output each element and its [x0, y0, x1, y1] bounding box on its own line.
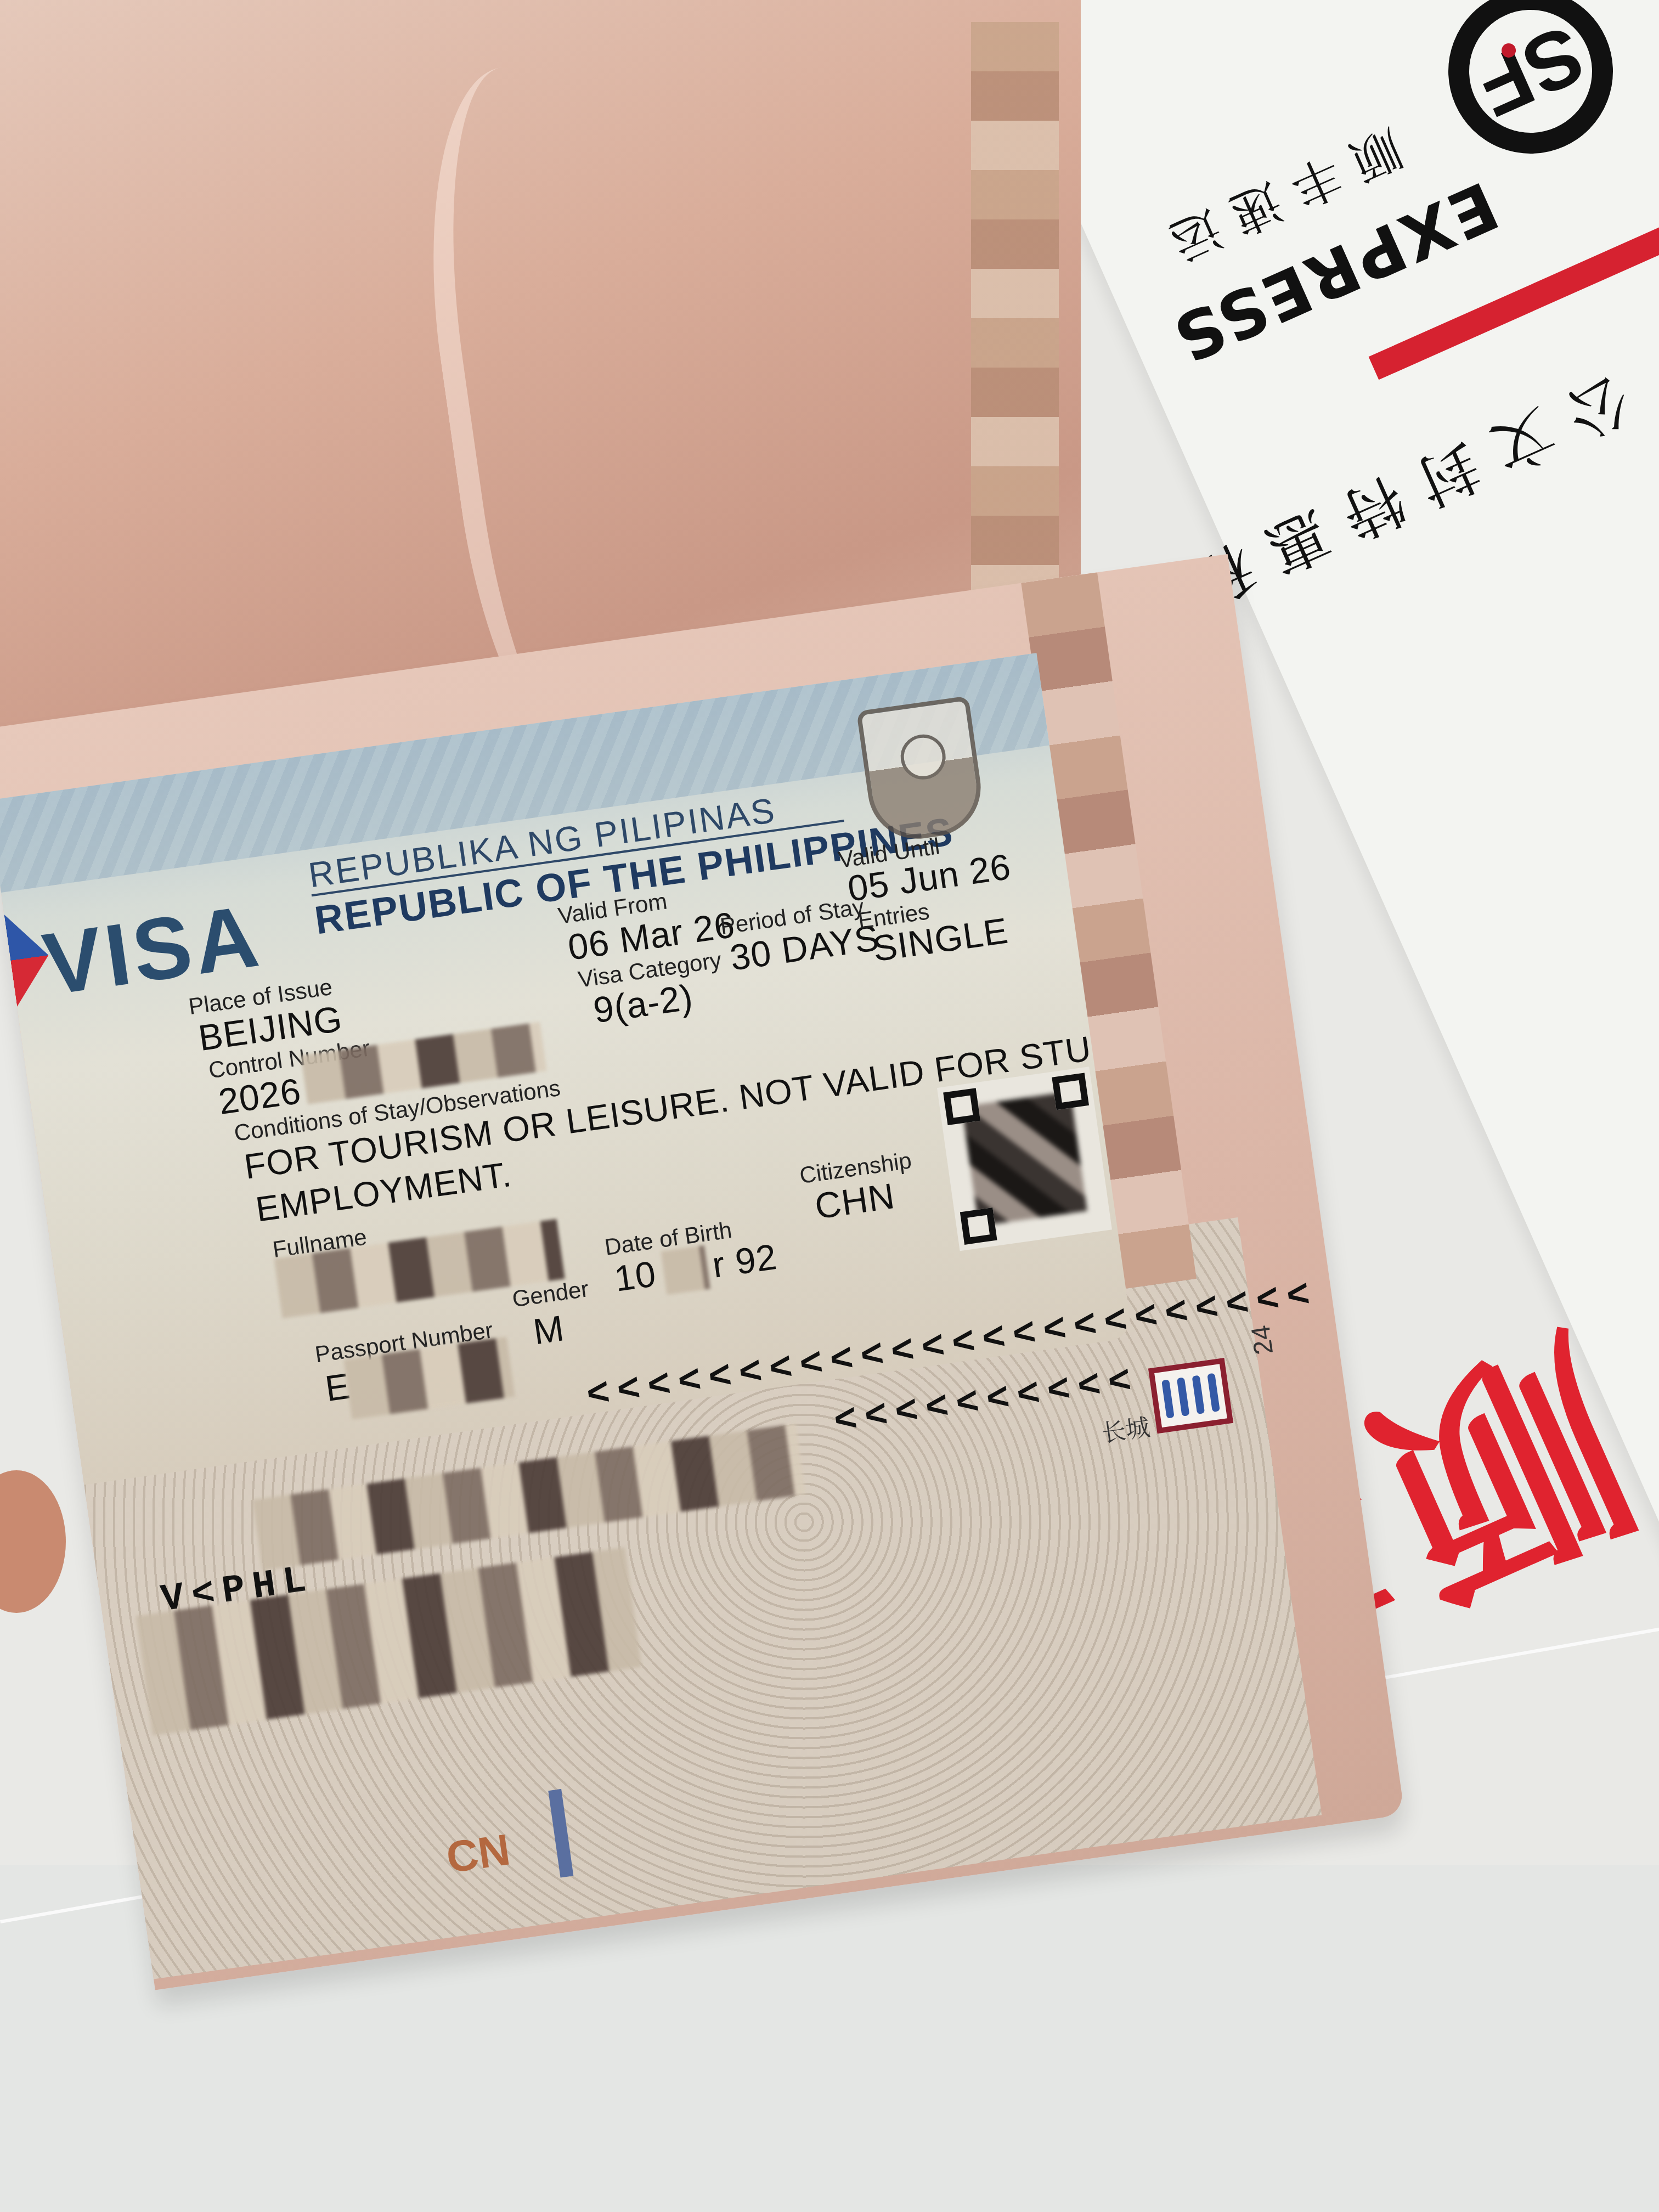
redacted-birth-month	[661, 1245, 710, 1295]
passport: 长城 24 CN VISA REPUBLIKA NG PILIPINAS REP…	[0, 0, 1300, 2008]
great-wall-stamp-icon	[1148, 1358, 1233, 1434]
qr-finder-icon	[1052, 1073, 1089, 1110]
qr-finder-icon	[960, 1207, 997, 1245]
wall-label: 长城	[1099, 1407, 1152, 1449]
gender-value: M	[531, 1307, 567, 1352]
qr-code-redacted	[937, 1066, 1112, 1251]
country-mark: CN	[443, 1824, 513, 1883]
date-of-birth-suffix: r 92	[710, 1235, 780, 1286]
passport-right-page: 长城 24 CN VISA REPUBLIKA NG PILIPINAS REP…	[0, 554, 1404, 1990]
page-number: 24	[1245, 1323, 1279, 1357]
qr-finder-icon	[943, 1088, 980, 1125]
date-of-birth-prefix: 10	[612, 1252, 658, 1300]
sun-icon	[898, 731, 949, 782]
qr-blur	[962, 1091, 1087, 1226]
sf-logo-text: SF	[1463, 7, 1598, 136]
